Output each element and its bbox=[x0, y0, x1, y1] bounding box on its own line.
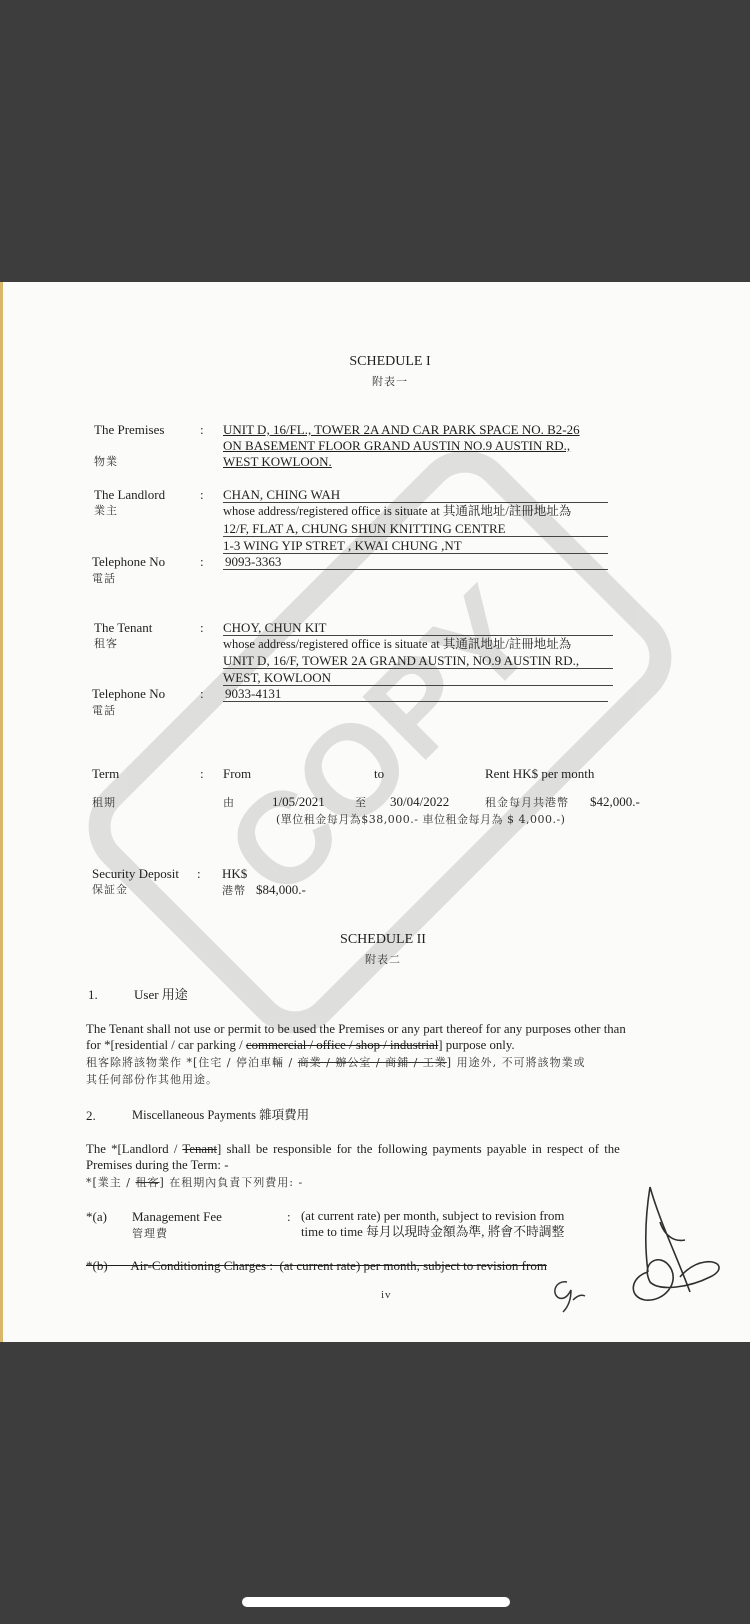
landlord-tel-label: Telephone No bbox=[92, 554, 165, 569]
premises-label-zh: 物業 bbox=[94, 454, 118, 469]
rent-amount: $42,000.- bbox=[590, 794, 640, 809]
underline bbox=[223, 502, 608, 503]
landlord-address-line-1: 12/F, FLAT A, CHUNG SHUN KNITTING CENTRE bbox=[223, 521, 506, 536]
tenant-address-line-2: WEST, KOWLOON bbox=[223, 670, 331, 685]
underline bbox=[223, 668, 613, 669]
struck-text: commercial / office / shop / industrial bbox=[246, 1038, 438, 1052]
premises-label: The Premises bbox=[94, 422, 164, 437]
rent-label: Rent HK$ per month bbox=[485, 766, 594, 781]
rent-label-zh: 租金每月共港幣 bbox=[485, 795, 569, 810]
colon: : bbox=[200, 487, 204, 502]
clause-1-zh-line-2: 其任何部份作其他用途。 bbox=[86, 1072, 218, 1087]
clause-2-text-line-1: The *[Landlord / Tenant] shall be respon… bbox=[86, 1142, 620, 1157]
clause-1-text-line-1: The Tenant shall not use or permit to be… bbox=[86, 1022, 626, 1037]
clause-1-heading: User 用途 bbox=[134, 987, 188, 1002]
schedule-1-title: SCHEDULE I bbox=[0, 354, 750, 369]
landlord-tel-label-zh: 電話 bbox=[92, 571, 116, 586]
item-b-row: *(b) Air-Conditioning Charges : (at curr… bbox=[86, 1258, 594, 1273]
colon: : bbox=[200, 620, 204, 635]
deposit-amount: $84,000.- bbox=[256, 882, 306, 897]
text: ] 用途外, 不可將該物業或 bbox=[447, 1056, 586, 1069]
premises-line-2: ON BASEMENT FLOOR GRAND AUSTIN NO.9 AUST… bbox=[223, 438, 570, 453]
colon: : bbox=[269, 1258, 273, 1273]
underline bbox=[223, 569, 608, 570]
item-a-name: Management Fee bbox=[132, 1209, 222, 1224]
schedule-1-title-zh: 附表一 bbox=[0, 374, 750, 389]
clause-2-number: 2. bbox=[86, 1108, 96, 1123]
item-a-desc-line-2: time to time 每月以現時金額為準, 將會不時調整 bbox=[301, 1225, 564, 1240]
struck-text: 商業 / 辦公室 / 商鋪 / 工業 bbox=[298, 1056, 447, 1069]
underline bbox=[223, 635, 613, 636]
colon: : bbox=[200, 686, 204, 701]
tenant-tel: 9033-4131 bbox=[225, 686, 281, 701]
clause-1-text-line-2: for *[residential / car parking / commer… bbox=[86, 1038, 515, 1053]
term-to-label: to bbox=[374, 766, 384, 781]
deposit-currency: HK$ bbox=[222, 866, 247, 881]
tenant-label: The Tenant bbox=[94, 620, 152, 635]
text: ] shall be responsible for the following… bbox=[217, 1142, 620, 1156]
schedule-2-title-zh: 附表二 bbox=[0, 952, 750, 967]
colon: : bbox=[200, 766, 204, 781]
deposit-currency-zh: 港幣 bbox=[222, 883, 246, 898]
term-to-date: 30/04/2022 bbox=[390, 794, 449, 809]
item-b-name: Air-Conditioning Charges bbox=[130, 1258, 266, 1273]
initials-signature bbox=[545, 1272, 605, 1322]
colon: : bbox=[287, 1209, 291, 1224]
tenant-label-zh: 租客 bbox=[94, 636, 118, 651]
tenant-tel-label: Telephone No bbox=[92, 686, 165, 701]
text: ] purpose only. bbox=[438, 1038, 514, 1052]
text: *[業主 / bbox=[86, 1176, 136, 1189]
item-b-code: *(b) bbox=[86, 1258, 108, 1273]
item-a-name-zh: 管理費 bbox=[132, 1226, 168, 1241]
tenant-tel-label-zh: 電話 bbox=[92, 703, 116, 718]
deposit-label-zh: 保証金 bbox=[92, 882, 128, 897]
text: The *[Landlord / bbox=[86, 1142, 182, 1156]
clause-2-text-line-2: Premises during the Term: - bbox=[86, 1158, 228, 1173]
underline bbox=[223, 536, 608, 537]
signature bbox=[620, 1182, 730, 1312]
schedule-2-title: SCHEDULE II bbox=[0, 932, 750, 947]
underline bbox=[223, 701, 608, 702]
term-from-label-zh: 由 bbox=[223, 795, 235, 810]
premises-line-3: WEST KOWLOON. bbox=[223, 454, 332, 469]
text: for *[residential / car parking / bbox=[86, 1038, 246, 1052]
landlord-label-zh: 業主 bbox=[94, 503, 118, 518]
term-from-date: 1/05/2021 bbox=[272, 794, 325, 809]
tenant-address-line-1: UNIT D, 16/F, TOWER 2A GRAND AUSTIN, NO.… bbox=[223, 653, 579, 668]
landlord-name: CHAN, CHING WAH bbox=[223, 487, 340, 502]
text: ] 在租期內負責下列費用: - bbox=[160, 1176, 304, 1189]
page-edge bbox=[0, 282, 3, 1342]
rent-breakdown: (單位租金每月為$38,000.- 車位租金每月為 $ 4,000.-) bbox=[276, 812, 565, 827]
colon: : bbox=[200, 554, 204, 569]
struck-text: 租客 bbox=[136, 1176, 160, 1189]
clause-2-heading: Miscellaneous Payments 雜項費用 bbox=[132, 1108, 309, 1123]
clause-1-number: 1. bbox=[88, 987, 98, 1002]
svg-text:COPY: COPY bbox=[198, 560, 562, 924]
page-number: iv bbox=[381, 1288, 392, 1303]
term-to-label-zh: 至 bbox=[355, 795, 367, 810]
underline bbox=[223, 685, 613, 686]
tenant-name: CHOY, CHUN KIT bbox=[223, 620, 326, 635]
home-indicator[interactable] bbox=[242, 1597, 510, 1607]
colon: : bbox=[200, 422, 204, 437]
deposit-label: Security Deposit bbox=[92, 866, 179, 881]
clause-1-zh-line-1: 租客除將該物業作 *[住宅 / 停泊車輛 / 商業 / 辦公室 / 商鋪 / 工… bbox=[86, 1055, 586, 1070]
item-a-desc-line-1: (at current rate) per month, subject to … bbox=[301, 1209, 564, 1224]
landlord-address-line-2: 1-3 WING YIP STRET , KWAI CHUNG ,NT bbox=[223, 538, 462, 553]
premises-line-1: UNIT D, 16/FL., TOWER 2A AND CAR PARK SP… bbox=[223, 422, 580, 437]
item-a-code: *(a) bbox=[86, 1209, 107, 1224]
item-b-desc: (at current rate) per month, subject to … bbox=[279, 1258, 547, 1273]
term-label: Term bbox=[92, 766, 119, 781]
landlord-address-intro: whose address/registered office is situa… bbox=[223, 504, 571, 519]
landlord-tel: 9093-3363 bbox=[225, 554, 281, 569]
tenant-address-intro: whose address/registered office is situa… bbox=[223, 637, 571, 652]
document-page: COPY SCHEDULE I 附表一 The Premises 物業 : UN… bbox=[0, 282, 750, 1342]
term-label-zh: 租期 bbox=[92, 795, 116, 810]
clause-2-zh: *[業主 / 租客] 在租期內負責下列費用: - bbox=[86, 1175, 303, 1190]
term-from-label: From bbox=[223, 766, 251, 781]
colon: : bbox=[197, 866, 201, 881]
text: 租客除將該物業作 *[住宅 / 停泊車輛 / bbox=[86, 1056, 298, 1069]
struck-text: Tenant bbox=[182, 1142, 217, 1156]
landlord-label: The Landlord bbox=[94, 487, 165, 502]
